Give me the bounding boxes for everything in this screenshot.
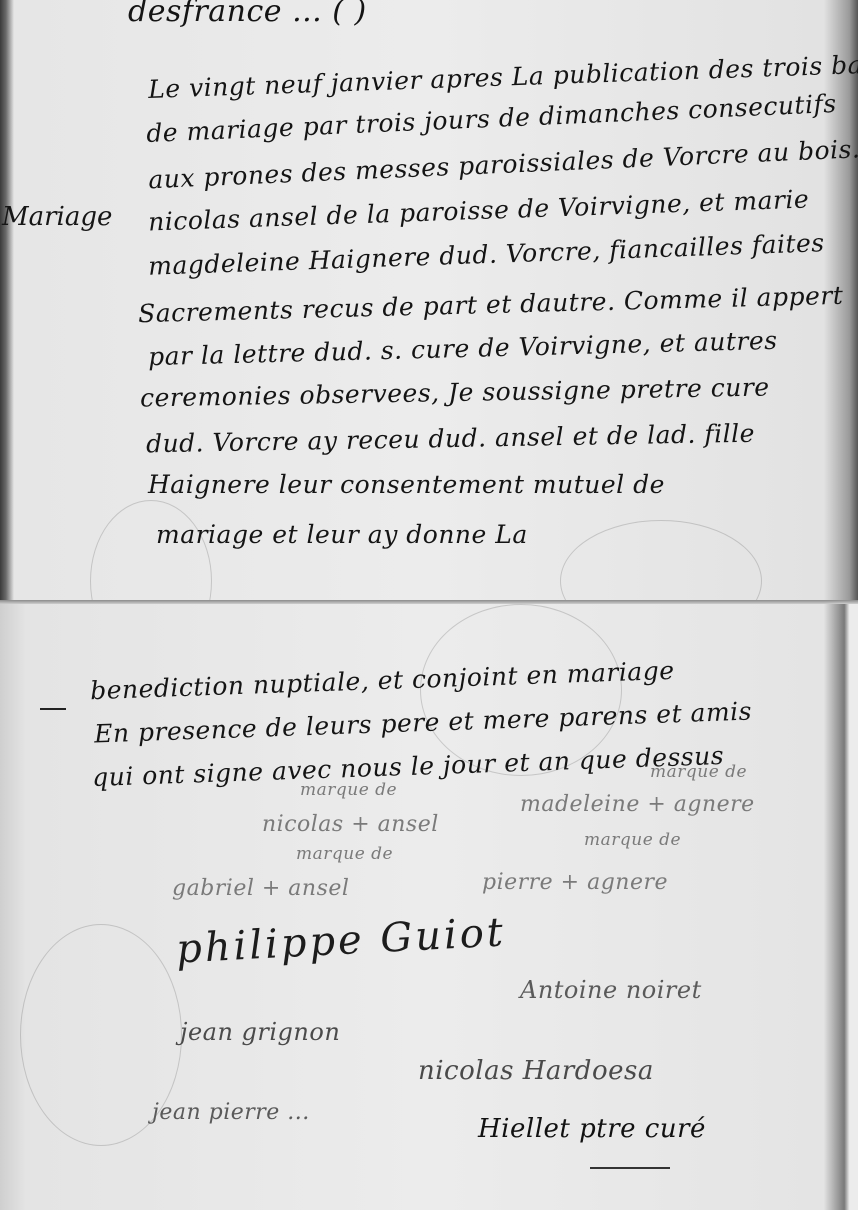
body-line: Sacrements recus de part et dautre. Comm… <box>138 281 844 328</box>
bleed-through-mark <box>90 500 212 604</box>
signature-underline <box>590 1167 670 1169</box>
header-fragment: desfrance ... ( ) <box>128 0 367 29</box>
signature-label: marque de <box>296 844 393 864</box>
body-line: nicolas ansel de la paroisse de Voirvign… <box>148 184 810 236</box>
register-page-upper: desfrance ... ( ) Mariage Le vingt neuf … <box>0 0 858 604</box>
signature: nicolas Hardoesa <box>418 1056 654 1086</box>
body-line: Haignere leur consentement mutuel de <box>148 470 665 499</box>
body-line: qui ont signe avec nous le jour et an qu… <box>92 741 725 792</box>
signature: nicolas + ansel <box>262 812 439 837</box>
body-line: mariage et leur ay donne La <box>156 520 528 549</box>
register-page-lower: benediction nuptiale, et conjoint en mar… <box>0 604 858 1210</box>
signature: jean grignon <box>180 1018 340 1046</box>
signature-label: marque de <box>300 780 397 800</box>
margin-label: Mariage <box>2 202 112 232</box>
signature: madeleine + agnere <box>520 792 755 817</box>
signature-label: marque de <box>650 762 747 782</box>
priest-signature: Hiellet ptre curé <box>478 1114 706 1144</box>
signature: philippe Guiot <box>175 909 507 972</box>
body-line: dud. Vorcre ay receu dud. ansel et de la… <box>146 419 755 459</box>
body-line: par la lettre dud. s. cure de Voirvigne,… <box>148 326 778 371</box>
body-line: magdeleine Haignere dud. Vorcre, fiancai… <box>148 228 825 281</box>
signature: pierre + agnere <box>482 870 668 895</box>
signature: gabriel + ansel <box>172 876 349 901</box>
body-line: ceremonies observees, Je soussigne pretr… <box>140 373 770 413</box>
line-dash <box>40 708 66 710</box>
signature-label: marque de <box>584 830 681 850</box>
bleed-through-mark <box>560 520 762 604</box>
signature: jean pierre ... <box>152 1100 310 1125</box>
signature: Antoine noiret <box>520 976 702 1004</box>
